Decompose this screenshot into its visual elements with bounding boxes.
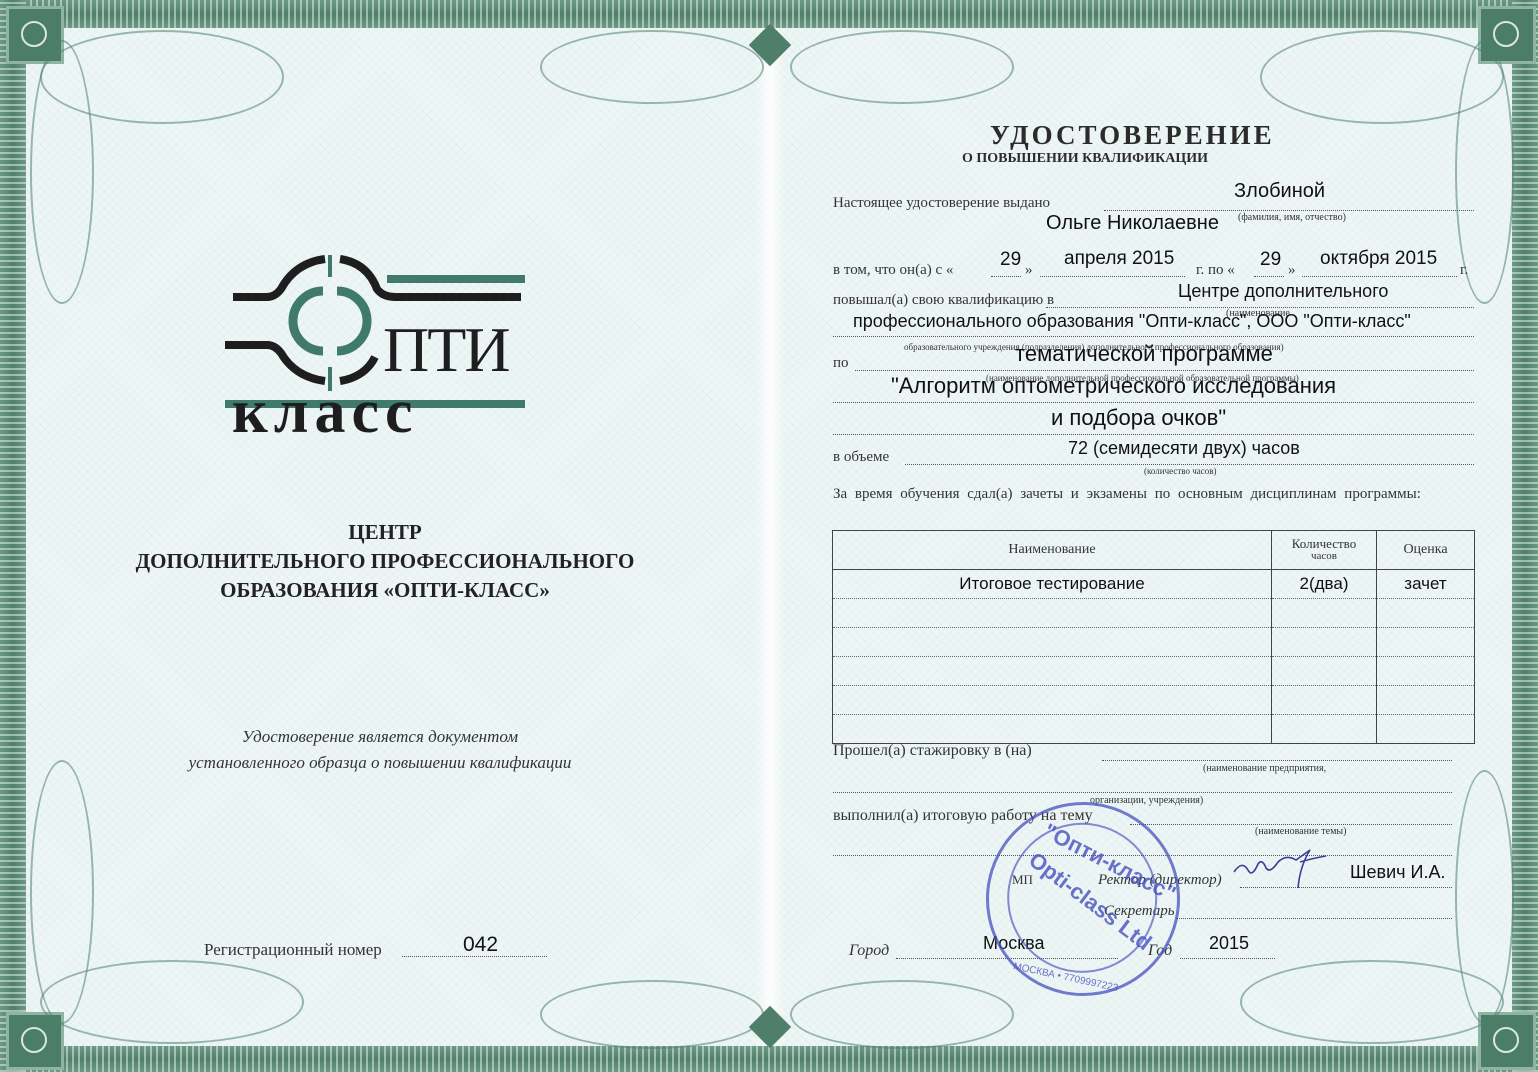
- program-type: тематической программе: [1015, 341, 1273, 367]
- organization-title-line: ДОПОЛНИТЕЛЬНОГО ПРОФЕССИОНАЛЬНОГО: [80, 547, 690, 576]
- cell-name: [833, 686, 1272, 715]
- final-work-caption: (наименование темы): [1255, 826, 1346, 837]
- cell-name: [833, 715, 1272, 744]
- internship-label: Прошел(а) стажировку в (на): [833, 742, 1032, 760]
- secretary-line: [1176, 918, 1452, 919]
- page-fold: [755, 0, 785, 1072]
- cell-hours: [1272, 628, 1377, 657]
- guilloche-swirl: [790, 980, 1014, 1049]
- table-row: [833, 715, 1475, 744]
- col-header-hours: Количество часов: [1272, 531, 1377, 570]
- cell-name: [833, 657, 1272, 686]
- guilloche-swirl: [30, 760, 94, 1024]
- year-line: [1180, 958, 1275, 959]
- recipient-caption: (фамилия, имя, отчество): [1238, 212, 1346, 223]
- note-line: установленного образца о повышении квали…: [140, 750, 620, 776]
- cell-grade: зачет: [1377, 570, 1475, 599]
- director-name: Шевич И.А.: [1350, 862, 1445, 883]
- internship-line-2: [833, 792, 1452, 793]
- to-month-line: [1302, 276, 1457, 277]
- institution-line-2: [833, 336, 1474, 337]
- cell-hours: [1272, 599, 1377, 628]
- program-name-line-1-rule: [833, 402, 1474, 403]
- cell-hours: [1272, 715, 1377, 744]
- to-day: 29: [1260, 249, 1281, 271]
- organization-title: ЦЕНТР ДОПОЛНИТЕЛЬНОГО ПРОФЕССИОНАЛЬНОГО …: [80, 518, 690, 605]
- recipient-name: Ольге Николаевне: [1046, 212, 1219, 235]
- recipient-surname: Злобиной: [1234, 180, 1325, 203]
- document-subtitle: О ПОВЫШЕНИИ КВАЛИФИКАЦИИ: [962, 151, 1208, 167]
- director-signature: [1230, 842, 1340, 892]
- table-row: [833, 599, 1475, 628]
- program-name-line-2: и подбора очков": [1051, 405, 1226, 431]
- program-line: [855, 370, 1474, 371]
- final-work-line: [1130, 824, 1452, 825]
- registration-label: Регистрационный номер: [204, 940, 382, 960]
- institution-line-2-value: профессионального образования "Опти-клас…: [853, 311, 1411, 332]
- table-row: [833, 657, 1475, 686]
- note-line: Удостоверение является документом: [140, 724, 620, 750]
- organization-title-line: ЦЕНТР: [80, 518, 690, 547]
- organization-title-line: ОБРАЗОВАНИЯ «ОПТИ-КЛАСС»: [80, 576, 690, 605]
- right-border: [1512, 0, 1538, 1072]
- cell-hours: [1272, 657, 1377, 686]
- from-month-line: [1040, 276, 1185, 277]
- cell-hours: [1272, 686, 1377, 715]
- cell-name: [833, 628, 1272, 657]
- from-month-year: апреля 2015: [1064, 248, 1174, 270]
- volume-caption: (количество часов): [1144, 466, 1216, 476]
- cell-grade: [1377, 599, 1475, 628]
- program-name-line-1: "Алгоритм оптометрического исследования: [891, 373, 1336, 399]
- col-header-grade: Оценка: [1377, 531, 1475, 570]
- period-suffix: г.: [1460, 262, 1468, 279]
- internship-line: [1102, 760, 1452, 761]
- table-row: [833, 686, 1475, 715]
- cell-grade: [1377, 657, 1475, 686]
- registration-number: 042: [463, 933, 498, 957]
- col-header-hours-line1: Количество: [1273, 537, 1375, 550]
- table-row: Итоговое тестирование 2(два) зачет: [833, 570, 1475, 599]
- volume-value: 72 (семидесяти двух) часов: [1068, 438, 1300, 459]
- logo-word-bottom: класс: [232, 384, 419, 440]
- guilloche-swirl: [540, 30, 764, 104]
- guilloche-swirl: [30, 40, 94, 304]
- guilloche-swirl: [790, 30, 1014, 104]
- to-day-close: »: [1288, 262, 1296, 279]
- cell-grade: [1377, 628, 1475, 657]
- institution-label: повышал(а) свою квалификацию в: [833, 292, 1054, 309]
- bottom-border: [0, 1046, 1538, 1072]
- internship-caption-1: (наименование предприятия,: [1203, 763, 1326, 774]
- year-value: 2015: [1209, 933, 1249, 954]
- from-day: 29: [1000, 249, 1021, 271]
- cell-hours: 2(два): [1272, 570, 1377, 599]
- guilloche-swirl: [540, 980, 764, 1049]
- volume-line: [905, 464, 1474, 465]
- institution-line-1-value: Центре дополнительного: [1178, 281, 1388, 302]
- cell-grade: [1377, 686, 1475, 715]
- cell-name: [833, 599, 1272, 628]
- exams-intro: За время обучения сдал(а) зачеты и экзам…: [833, 484, 1474, 505]
- program-name-line-2-rule: [833, 434, 1474, 435]
- document-title: УДОСТОВЕРЕНИЕ: [990, 120, 1275, 151]
- grades-table-header: Наименование Количество часов Оценка: [833, 531, 1475, 570]
- from-day-close: »: [1025, 262, 1033, 279]
- left-border: [0, 0, 26, 1072]
- to-day-line: [1254, 276, 1284, 277]
- program-label: по: [833, 355, 849, 372]
- table-row: [833, 628, 1475, 657]
- period-mid: г. по «: [1196, 262, 1235, 279]
- issued-to-label: Настоящее удостоверение выдано: [833, 195, 1050, 212]
- cell-grade: [1377, 715, 1475, 744]
- grades-table: Наименование Количество часов Оценка Ито…: [832, 530, 1475, 744]
- issued-to-line: [1104, 210, 1474, 211]
- logo-word-top: ПТИ: [383, 318, 509, 382]
- to-month-year: октября 2015: [1320, 248, 1437, 270]
- city-label: Город: [849, 942, 889, 960]
- period-prefix: в том, что он(а) с «: [833, 262, 953, 279]
- cell-name: Итоговое тестирование: [833, 570, 1272, 599]
- certificate-note: Удостоверение является документом устано…: [140, 724, 620, 776]
- volume-label: в объеме: [833, 449, 889, 466]
- from-day-line: [991, 276, 1021, 277]
- col-header-name: Наименование: [833, 531, 1272, 570]
- col-header-hours-line2: часов: [1273, 550, 1375, 563]
- guilloche-swirl: [1455, 770, 1514, 1024]
